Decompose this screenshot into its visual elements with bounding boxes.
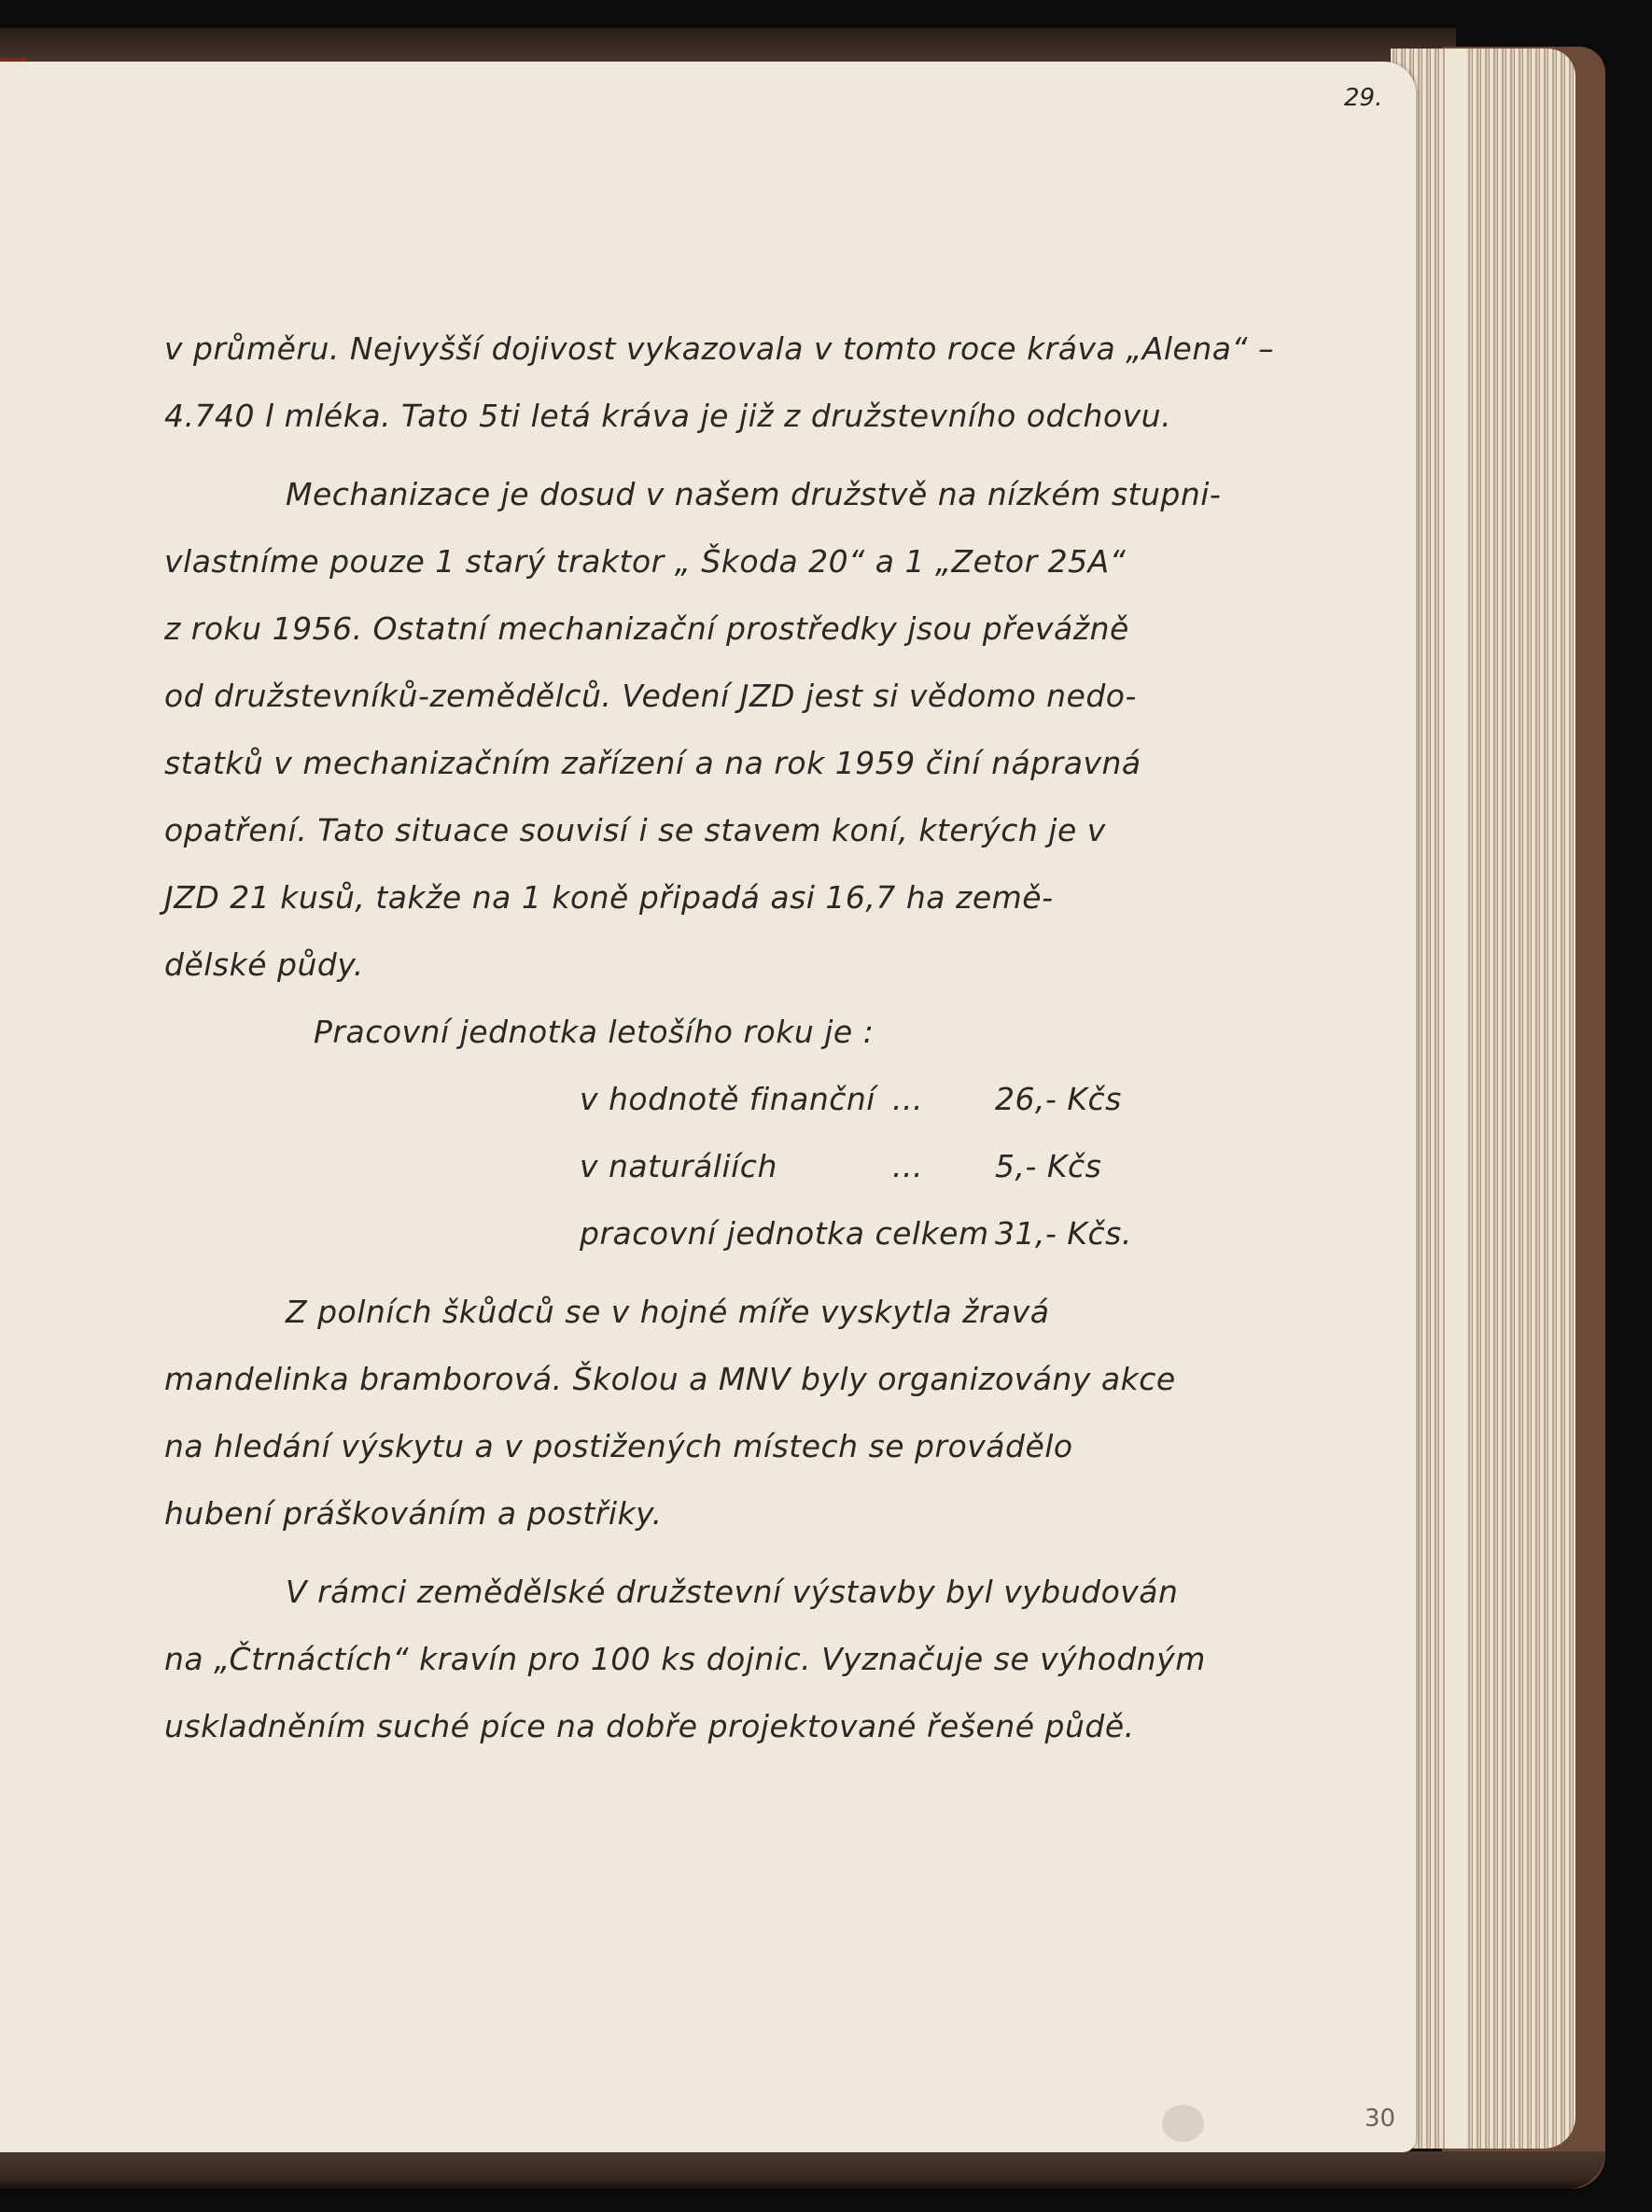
work-unit-label: pracovní jednotka celkem	[580, 1200, 962, 1267]
work-unit-dots: ...	[892, 1066, 995, 1133]
text-line: na „Čtrnáctích“ kravín pro 100 ks dojnic…	[164, 1626, 1191, 1693]
page-edges-stack	[1391, 49, 1575, 2149]
text-line: JZD 21 kusů, takže na 1 koně připadá asi…	[164, 864, 1191, 931]
text-line: dělské půdy.	[164, 931, 1191, 999]
work-unit-row-in-kind: v naturáliích ... 5,- Kčs	[164, 1133, 1191, 1200]
work-unit-label: v hodnotě finanční	[580, 1066, 892, 1133]
text-line: na hledání výskytu a v postižených míste…	[164, 1413, 1191, 1480]
text-line: Mechanizace je dosud v našem družstvě na…	[164, 461, 1191, 528]
work-unit-amount: 31,- Kčs.	[995, 1200, 1132, 1267]
text-line: uskladněním suché píce na dobře projekto…	[164, 1693, 1191, 1760]
text-line: od družstevníků-zemědělců. Vedení JZD je…	[164, 663, 1191, 730]
work-unit-dots: ...	[892, 1133, 995, 1200]
text-line: v průměru. Nejvyšší dojivost vykazovala …	[164, 315, 1191, 383]
page-number-bottom: 30	[1365, 2105, 1395, 2133]
work-unit-row-financial: v hodnotě finanční ... 26,- Kčs	[164, 1066, 1191, 1133]
text-line: mandelinka bramborová. Školou a MNV byly…	[164, 1346, 1191, 1413]
book-cover-bottom	[0, 2151, 1605, 2189]
text-line: 4.740 l mléka. Tato 5ti letá kráva je ji…	[164, 383, 1191, 450]
text-line: opatření. Tato situace souvisí i se stav…	[164, 797, 1191, 864]
text-line: vlastníme pouze 1 starý traktor „ Škoda …	[164, 528, 1191, 595]
work-unit-label: v naturáliích	[580, 1133, 892, 1200]
paper-stain	[1162, 2105, 1204, 2142]
page-number-top: 29.	[1344, 84, 1382, 112]
work-unit-amount: 5,- Kčs	[995, 1133, 1101, 1200]
text-line: statků v mechanizačním zařízení a na rok…	[164, 730, 1191, 797]
book-cover-top	[0, 28, 1456, 65]
work-unit-dots	[962, 1200, 995, 1267]
text-line: hubení práškováním a postřiky.	[164, 1480, 1191, 1547]
work-unit-intro: Pracovní jednotka letošího roku je :	[164, 999, 1191, 1066]
work-unit-amount: 26,- Kčs	[995, 1066, 1122, 1133]
text-line: V rámci zemědělské družstevní výstavby b…	[164, 1559, 1191, 1626]
handwritten-text: v průměru. Nejvyšší dojivost vykazovala …	[164, 315, 1191, 1760]
text-line: Z polních škůdců se v hojné míře vyskytl…	[164, 1279, 1191, 1346]
text-line: z roku 1956. Ostatní mechanizační prostř…	[164, 595, 1191, 663]
work-unit-row-total: pracovní jednotka celkem 31,- Kčs.	[164, 1200, 1191, 1267]
